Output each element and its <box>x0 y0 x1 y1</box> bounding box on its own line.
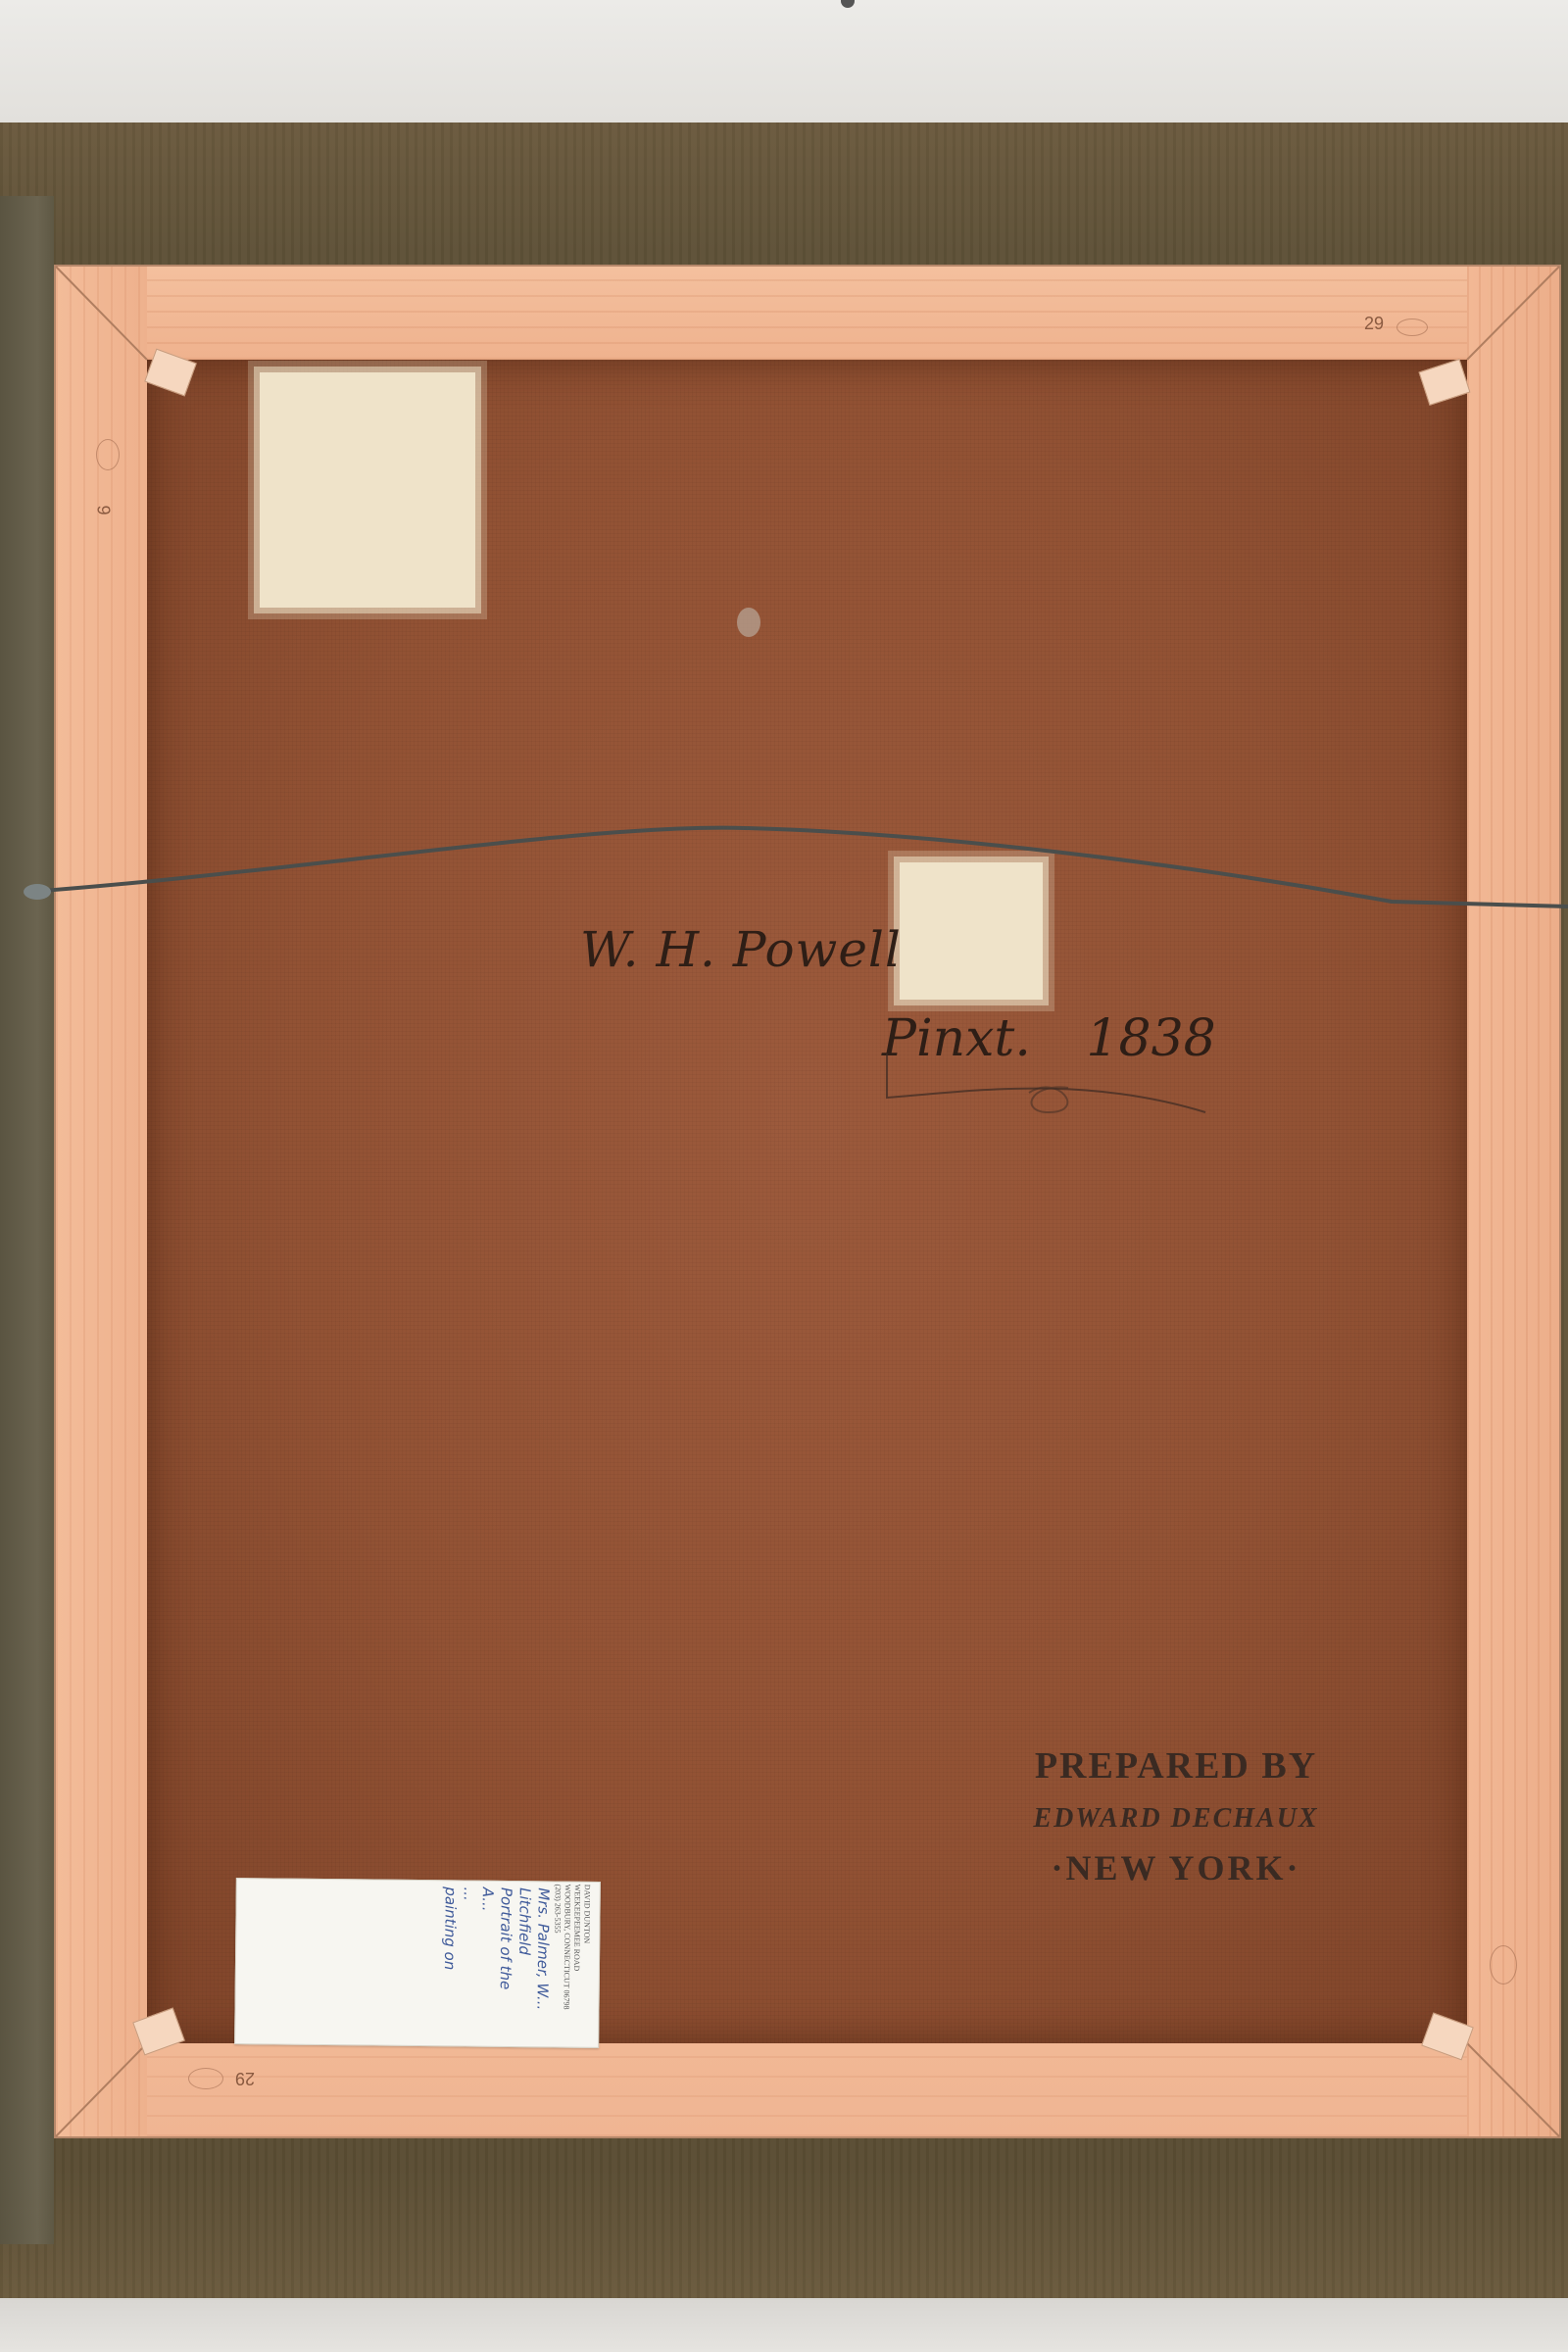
stencil-line-city: ·NEW YORK· <box>1019 1847 1333 1888</box>
note-line: A... <box>477 1887 497 2010</box>
note-card: DAVID DUNTON WEEKEEPEEMEE ROAD WOODBURY,… <box>234 1878 601 2048</box>
stencil-line-prepared-by: PREPARED BY <box>1019 1744 1333 1788</box>
stretcher-number-bottom: 29 <box>235 2068 255 2088</box>
canvas-patch-top-left <box>260 372 475 608</box>
note-line: Litchfield <box>514 1887 534 2010</box>
note-line: painting on <box>440 1886 460 2009</box>
note-printed-name: DAVID DUNTON <box>580 1885 592 2041</box>
stretcher-maker-stamp-right <box>1490 1945 1517 1984</box>
canvas-maker-stencil: PREPARED BY EDWARD DECHAUX ·NEW YORK· <box>1019 1744 1333 1911</box>
artist-signature: W. H. Powell <box>580 921 902 978</box>
stretcher-maker-stamp-top <box>1396 318 1428 336</box>
note-printed-address-2: WOODBURY, CONNECTICUT 06798 <box>561 1885 572 2041</box>
stretcher-maker-stamp-left <box>96 439 120 470</box>
note-handwriting: Mrs. Palmer, W... Litchfield Portrait of… <box>440 1886 553 2010</box>
hanging-wire <box>0 804 1568 941</box>
note-card-printed-header: DAVID DUNTON WEEKEEPEEMEE ROAD WOODBURY,… <box>551 1884 592 2040</box>
stencil-line-maker: EDWARD DECHAUX <box>1019 1803 1333 1835</box>
signature-flourish <box>882 1053 1215 1122</box>
note-printed-address-1: WEEKEEPEEMEE ROAD <box>570 1885 582 2041</box>
note-line: ... <box>459 1886 478 2009</box>
note-line: Mrs. Palmer, W... <box>533 1887 553 2010</box>
stretcher-number-top: 29 <box>1364 314 1384 334</box>
stretcher-number-left: 9 <box>93 505 114 514</box>
stretcher-maker-stamp-bottom <box>188 2068 223 2089</box>
note-line: Portrait of the <box>496 1887 515 2010</box>
canvas-spot <box>737 608 760 637</box>
